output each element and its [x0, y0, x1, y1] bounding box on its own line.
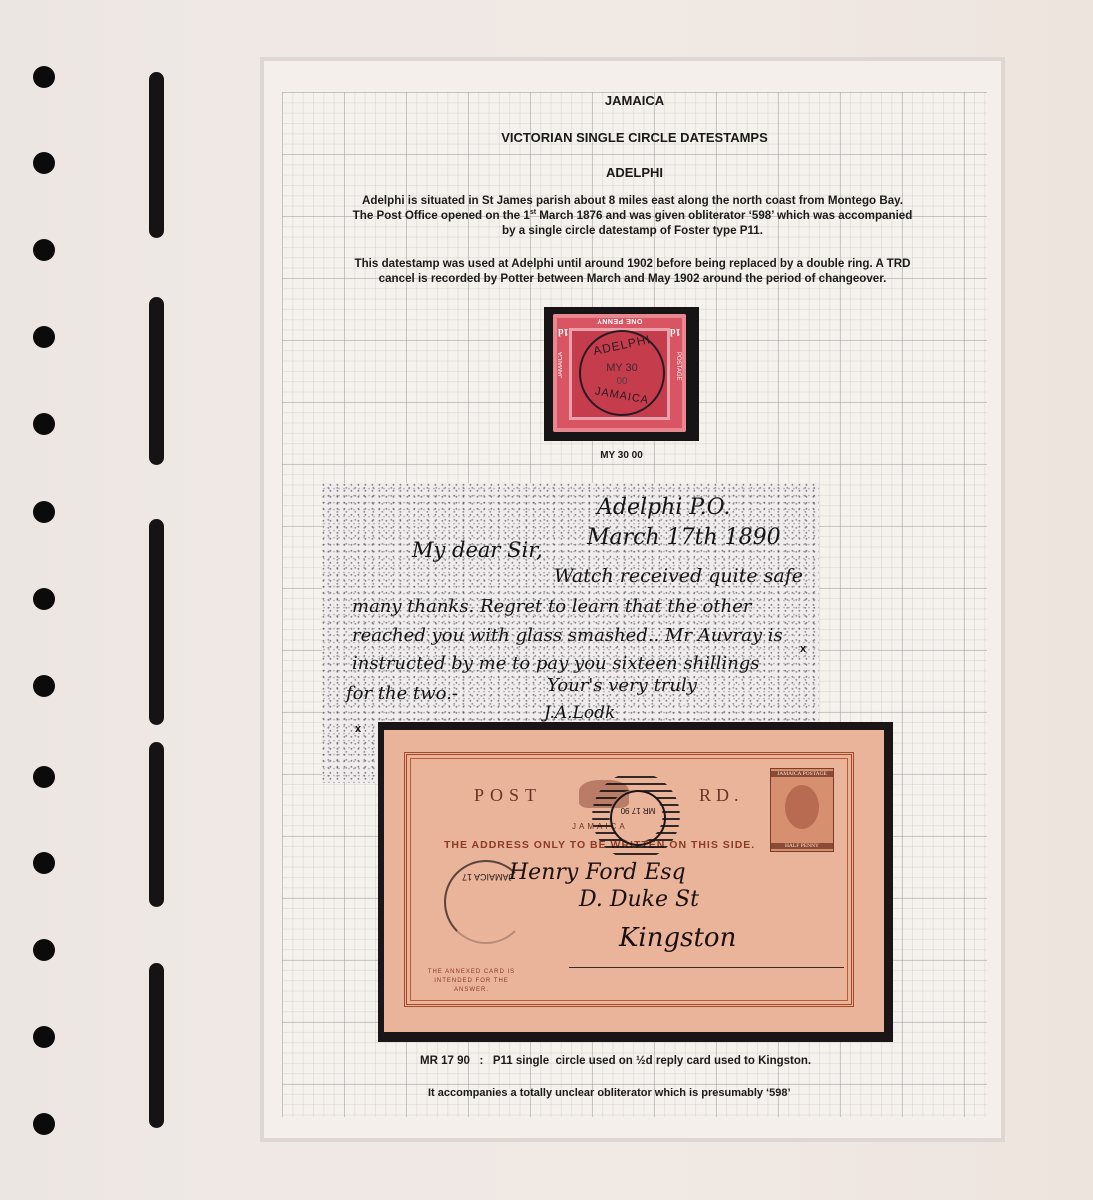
x-mark: x	[800, 643, 806, 655]
binder-hole	[33, 239, 55, 261]
annex-note: THE ANNEXED CARD IS INTENDED FOR THE ANS…	[424, 968, 519, 995]
page-subtitle: VICTORIAN SINGLE CIRCLE DATESTAMPS	[282, 130, 987, 145]
stamp-value-left: 1d	[558, 326, 569, 337]
duplex-ring	[610, 790, 666, 846]
recipient-city: Kingston	[619, 923, 736, 953]
recipient-name: Henry Ford Esq	[509, 860, 686, 885]
binder-slot	[149, 742, 164, 907]
recipient-street: D. Duke St	[579, 887, 699, 912]
stamp-value-right: 1d	[670, 326, 681, 337]
binder-hole	[33, 675, 55, 697]
note-paragraph: This datestamp was used at Adelphi until…	[300, 256, 965, 286]
binder-hole	[33, 326, 55, 348]
address-underline	[569, 967, 844, 968]
binder-hole	[33, 501, 55, 523]
postcard-title-right: RD.	[699, 785, 744, 806]
stamp-right-label: POSTAGE	[675, 352, 681, 381]
binder-slot	[149, 519, 164, 725]
queen-portrait-icon	[785, 785, 819, 829]
binder-hole	[33, 939, 55, 961]
datestamp-cancel: ADELPHI MY 30 00 JAMAICA	[579, 330, 665, 416]
x-mark: x	[355, 723, 361, 735]
section-title: ADELPHI	[282, 165, 987, 180]
binder-hole	[33, 1026, 55, 1048]
binder-hole	[33, 852, 55, 874]
intro-paragraph: Adelphi is situated in St James parish a…	[300, 193, 965, 238]
spine-watermark	[118, 515, 138, 715]
postcard-caption: MR 17 90 : P11 single circle used on ½d …	[420, 1055, 811, 1067]
postcard-title-left: POST	[474, 785, 542, 806]
stamp-one-penny: ONE PENNY 1d 1d JAMAICA POSTAGE ADELPHI …	[553, 314, 686, 432]
stamp-caption: MY 30 00	[544, 450, 699, 461]
binder-hole	[33, 1113, 55, 1135]
binder-hole	[33, 152, 55, 174]
postcard-note: It accompanies a totally unclear obliter…	[428, 1087, 791, 1099]
binder-slot	[149, 297, 164, 465]
imprinted-stamp: JAMAICA POSTAGE HALF PENNY	[770, 768, 834, 852]
side-cancel-text: JAMAICA 17	[462, 872, 513, 882]
binder-hole	[33, 66, 55, 88]
binder-hole	[33, 413, 55, 435]
binder-hole	[33, 588, 55, 610]
binder-hole	[33, 766, 55, 788]
stamp-left-label: JAMAICA	[558, 352, 564, 378]
page-title: JAMAICA	[282, 93, 987, 108]
duplex-date: MR 17 90	[610, 806, 666, 815]
stamp-top-label: ONE PENNY	[553, 317, 686, 324]
binder-slot	[149, 72, 164, 238]
postcard: POST RD. JAMAICA THE ADDRESS ONLY TO BE …	[384, 730, 884, 1032]
binder-slot	[149, 963, 164, 1128]
